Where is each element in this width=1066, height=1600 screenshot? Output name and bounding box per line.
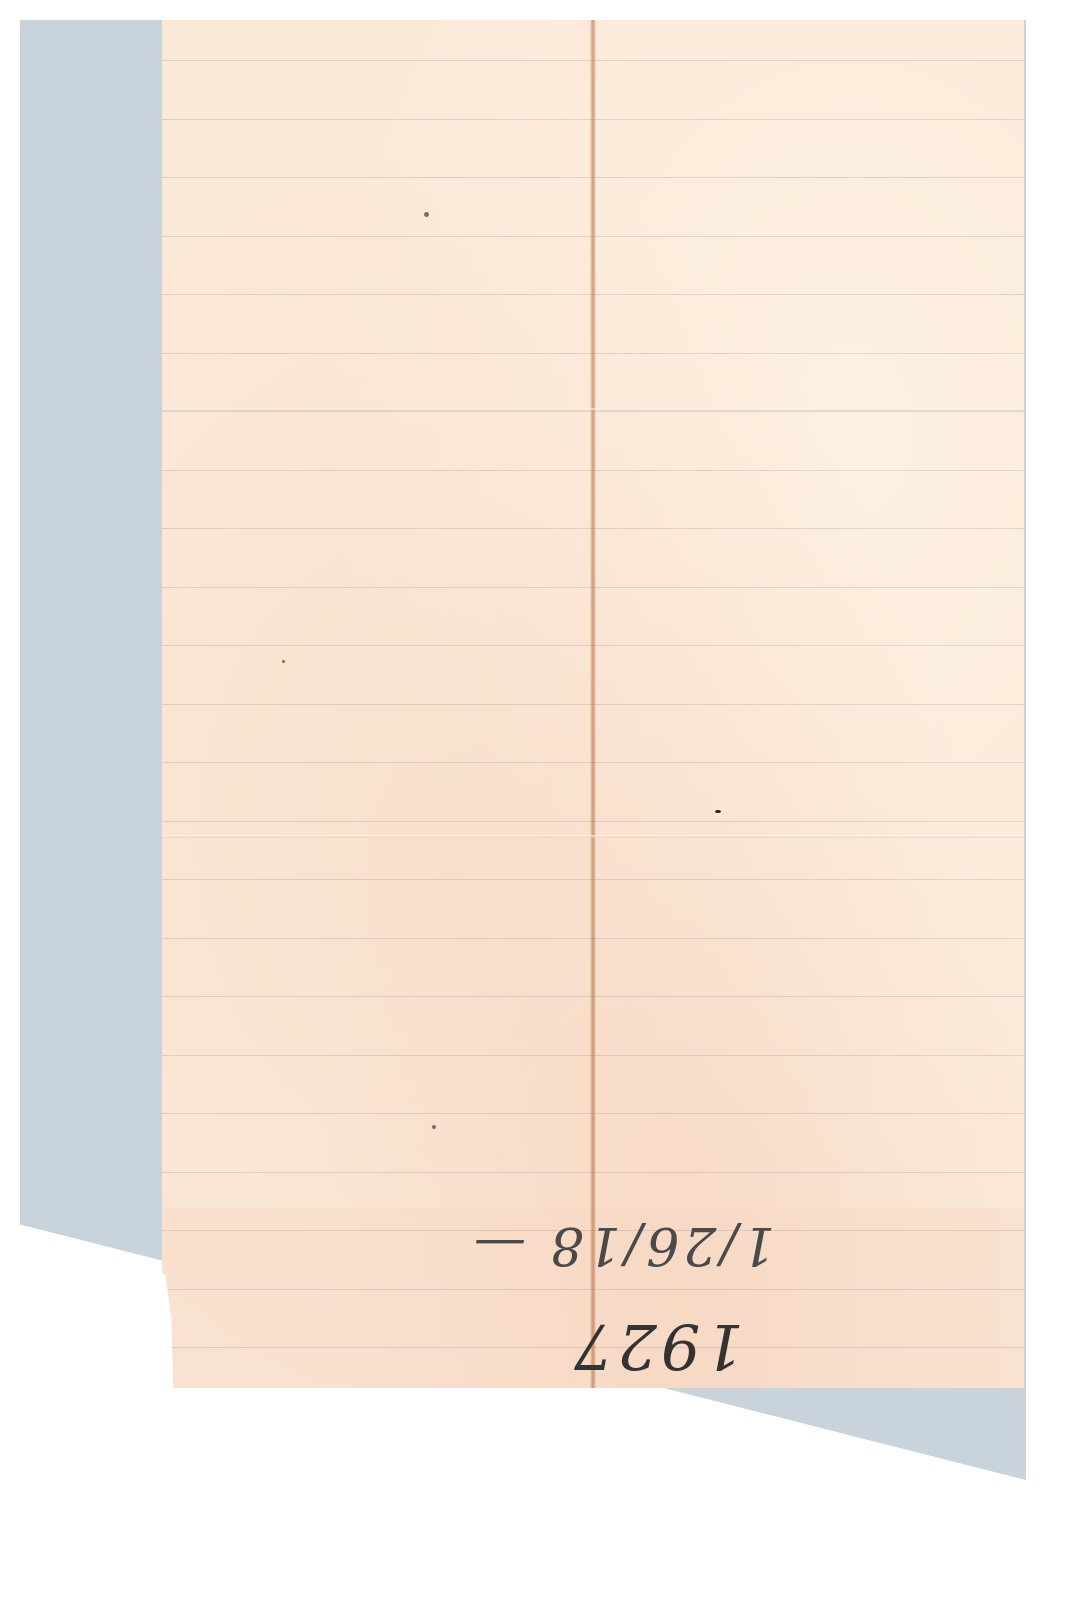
vertical-fold-crease (590, 20, 596, 1388)
ink-speck (424, 212, 429, 217)
horizontal-fold-crease (162, 408, 1024, 411)
ink-speck (432, 1125, 436, 1129)
horizontal-fold-crease (162, 835, 1024, 838)
handwritten-date: 1/26/18 — (470, 1215, 775, 1275)
paper-sheet (162, 20, 1024, 1388)
handwritten-number: 1927 (570, 1310, 744, 1383)
ink-speck (715, 810, 721, 813)
ink-speck (282, 660, 285, 663)
